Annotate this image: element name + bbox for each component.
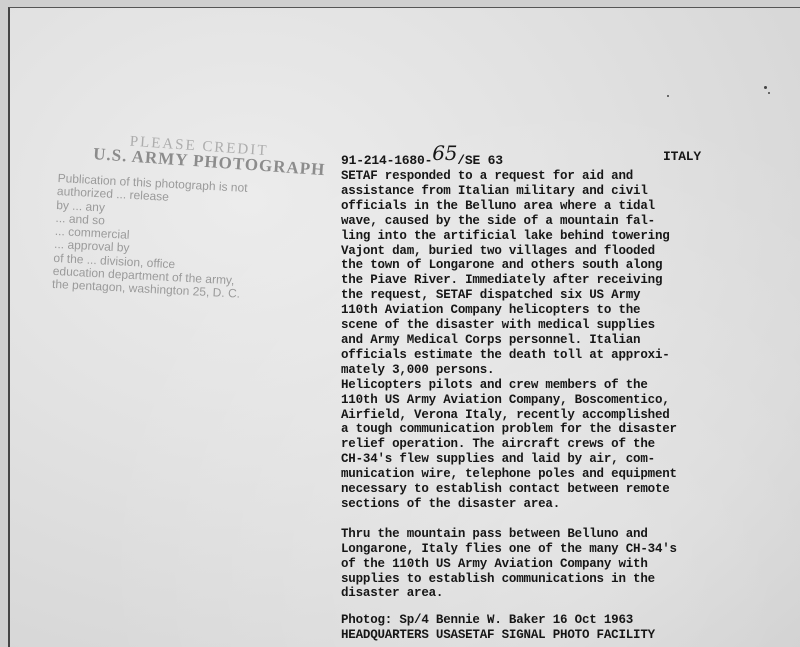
- text-line: the town of Longarone and others south a…: [341, 258, 741, 273]
- text-line: SETAF responded to a request for aid and: [341, 169, 741, 184]
- caption-footer: Photog: Sp/4 Bennie W. Baker 16 Oct 1963…: [341, 613, 741, 643]
- photographer-credit: Photog: Sp/4 Bennie W. Baker 16 Oct 1963: [341, 613, 741, 628]
- text-line: mately 3,000 persons.: [341, 363, 741, 378]
- text-line: 110th Aviation Company helicopters to th…: [341, 303, 741, 318]
- text-line: and Army Medical Corps personnel. Italia…: [341, 333, 741, 348]
- text-line: a tough communication problem for the di…: [341, 422, 741, 437]
- text-line: of the 110th US Army Aviation Company wi…: [341, 557, 741, 572]
- paragraph-helicopter-crews: Helicopters pilots and crew members of t…: [341, 378, 741, 512]
- text-line: wave, caused by the side of a mountain f…: [341, 214, 741, 229]
- paragraph-setaf-response: SETAF responded to a request for aid and…: [341, 169, 741, 378]
- speck-mark: [667, 95, 669, 97]
- text-line: sections of the disaster area.: [341, 497, 741, 512]
- typed-caption: 91-214-1680-65/SE 63 ITALY SETAF respond…: [341, 150, 741, 643]
- text-line: scene of the disaster with medical suppl…: [341, 318, 741, 333]
- text-line: disaster area.: [341, 586, 741, 601]
- publication-notice: Publication of this photograph is not au…: [52, 172, 333, 306]
- text-line: munication wire, telephone poles and equ…: [341, 467, 741, 482]
- paragraph-mountain-pass: Thru the mountain pass between Belluno a…: [341, 527, 741, 602]
- paragraph-gap: [341, 512, 741, 527]
- text-line: supplies to establish communications in …: [341, 572, 741, 587]
- text-line: Vajont dam, buried two villages and floo…: [341, 244, 741, 259]
- text-line: assistance from Italian military and civ…: [341, 184, 741, 199]
- speck-mark: [764, 86, 767, 89]
- text-line: 110th US Army Aviation Company, Boscomen…: [341, 393, 741, 408]
- handwritten-number: 65: [432, 141, 457, 165]
- text-line: the request, SETAF dispatched six US Arm…: [341, 288, 741, 303]
- text-line: Helicopters pilots and crew members of t…: [341, 378, 741, 393]
- text-line: ling into the artificial lake behind tow…: [341, 229, 741, 244]
- text-line: Airfield, Verona Italy, recently accompl…: [341, 408, 741, 423]
- text-line: Thru the mountain pass between Belluno a…: [341, 527, 741, 542]
- caption-header: 91-214-1680-65/SE 63 ITALY: [341, 150, 741, 167]
- reference-suffix: /SE 63: [457, 153, 503, 168]
- reference-number: 91-214-1680-65/SE 63: [341, 150, 503, 169]
- text-line: CH-34's flew supplies and laid by air, c…: [341, 452, 741, 467]
- speck-mark: [768, 92, 770, 94]
- country-label: ITALY: [663, 150, 701, 165]
- text-line: officials estimate the death toll at app…: [341, 348, 741, 363]
- text-line: necessary to establish contact between r…: [341, 482, 741, 497]
- text-line: relief operation. The aircraft crews of …: [341, 437, 741, 452]
- reference-prefix: 91-214-1680-: [341, 153, 432, 168]
- facility-name: HEADQUARTERS USASETAF SIGNAL PHOTO FACIL…: [341, 628, 741, 643]
- text-line: Longarone, Italy flies one of the many C…: [341, 542, 741, 557]
- text-line: officials in the Belluno area where a ti…: [341, 199, 741, 214]
- text-line: the Piave River. Immediately after recei…: [341, 273, 741, 288]
